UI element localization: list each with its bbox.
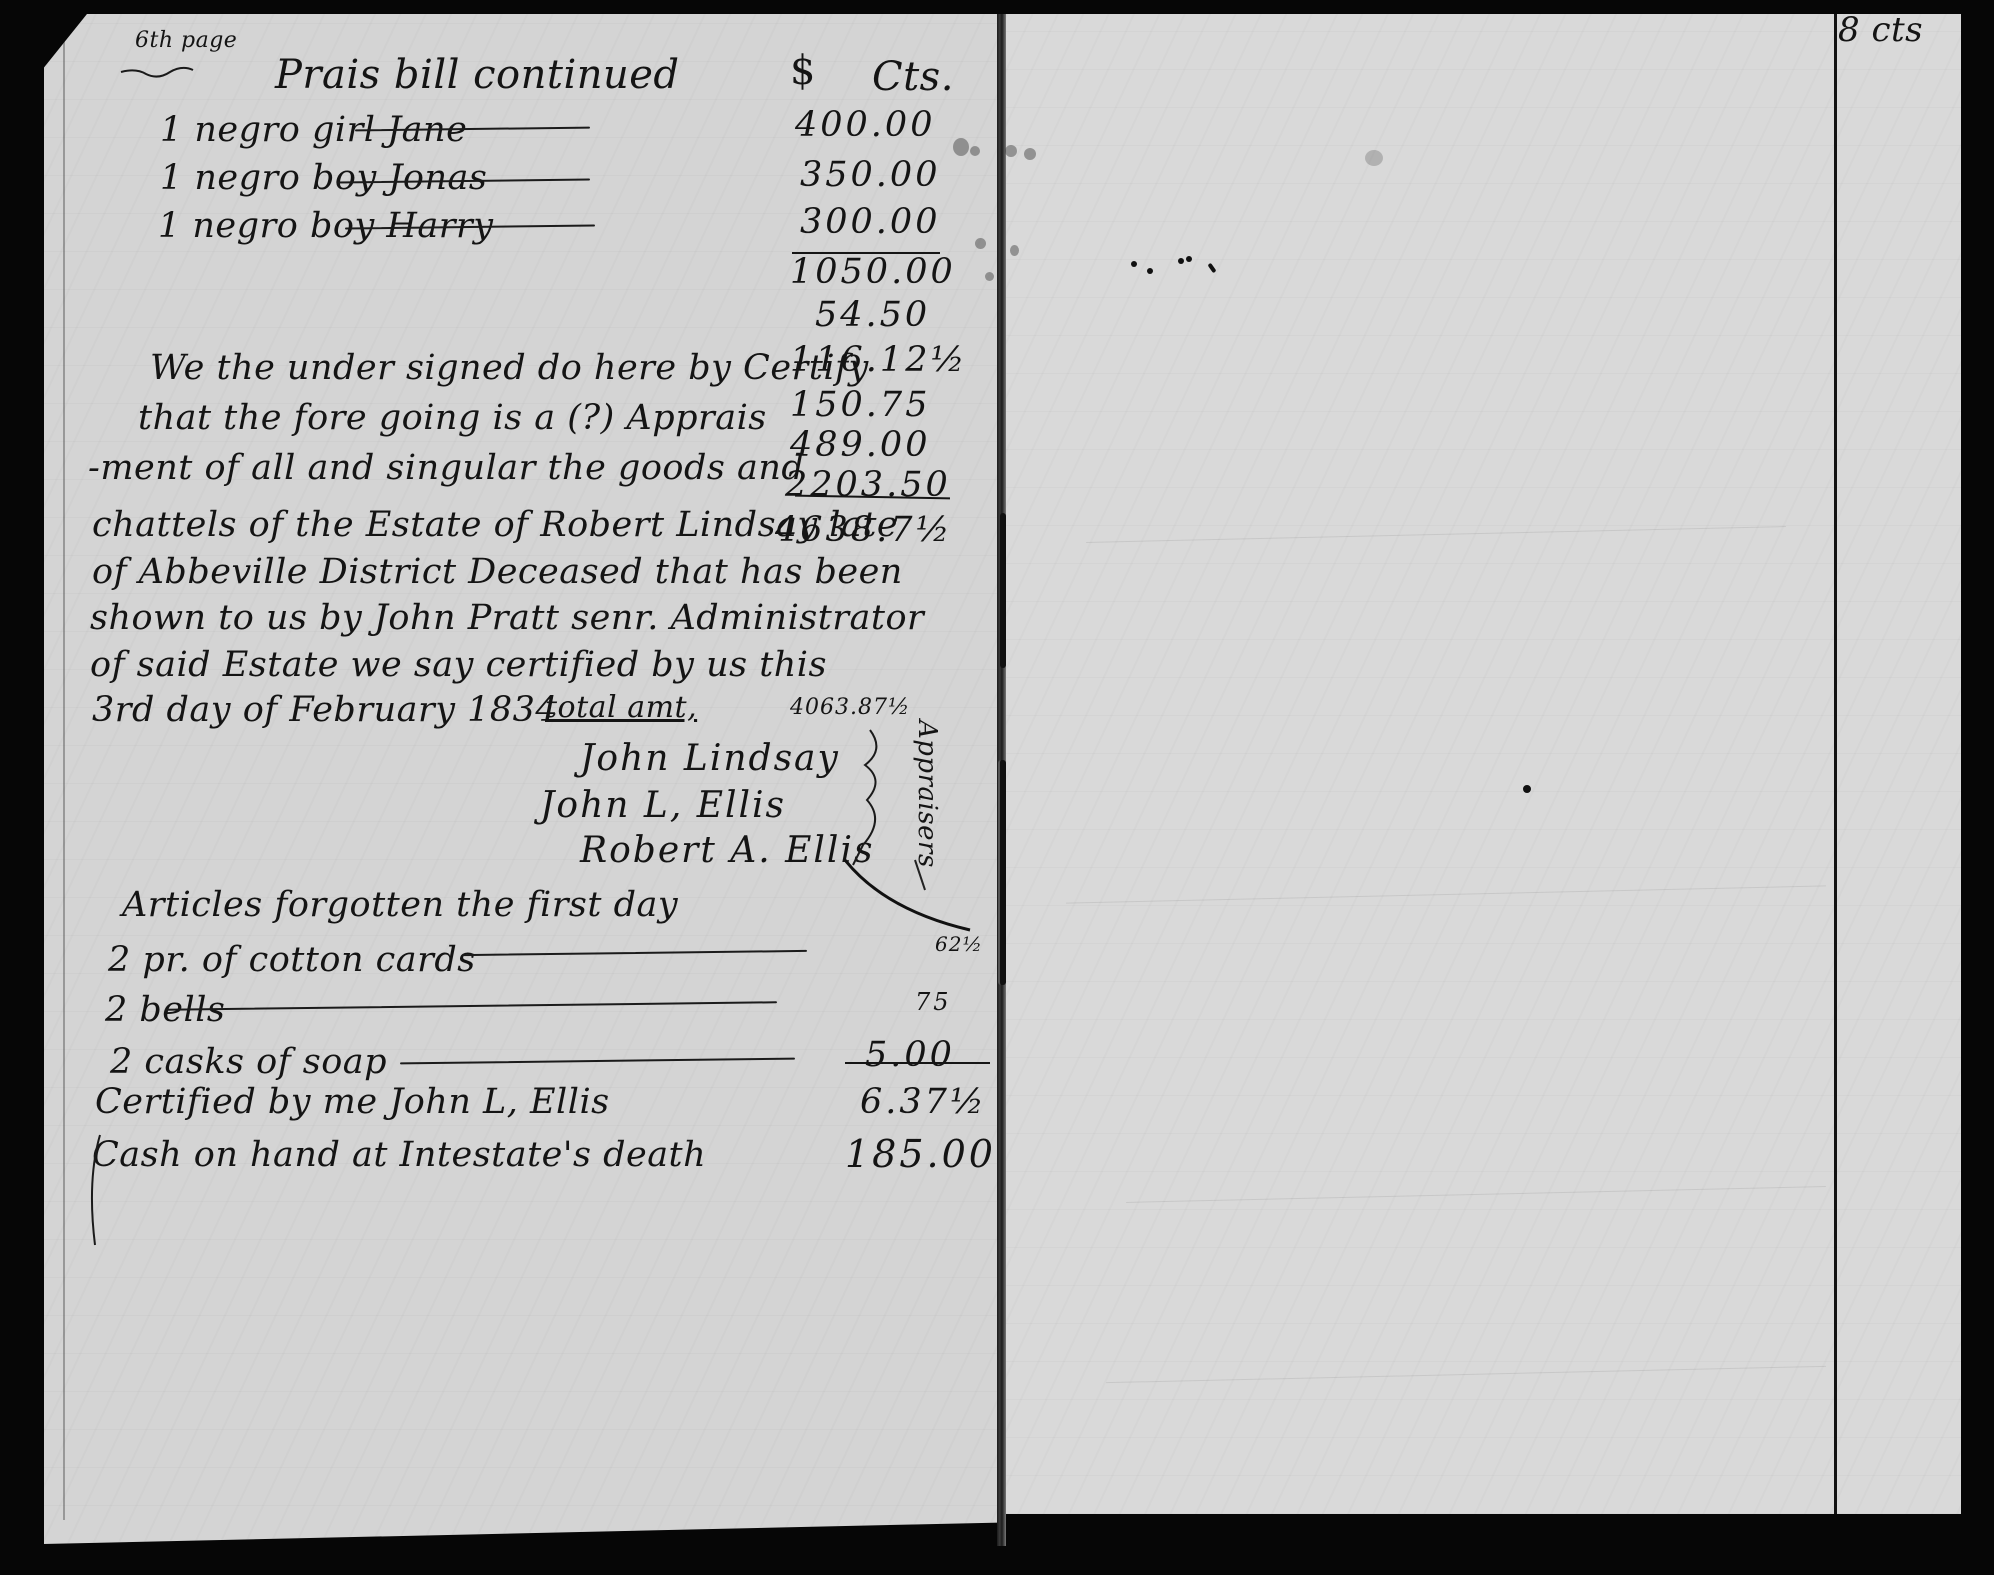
cash-amount: 185.00: [845, 1132, 996, 1176]
bleed-through-text: [95, 1280, 113, 1315]
ink-stain: [985, 272, 994, 281]
page-total: 489.00: [790, 425, 930, 465]
dollars-column-header: $: [790, 48, 816, 94]
margin-rule: [1834, 14, 1837, 1514]
item-description: 1 negro boy Jonas: [160, 158, 487, 198]
total-label: total amt,: [545, 690, 697, 725]
faint-stain: [1365, 150, 1383, 166]
item-amount: 5.00: [865, 1035, 955, 1075]
certification-line: of said Estate we say certified by us th…: [90, 645, 827, 685]
certification-line: We the under signed do here by Certify: [150, 348, 869, 388]
ink-speck: [1186, 256, 1192, 262]
certification-line: that the fore going is a (?) Apprais: [138, 398, 767, 438]
certification-line: -ment of all and singular the goods and: [88, 448, 804, 488]
total-amount: 4063.87½: [790, 695, 910, 720]
cash-line: Cash on hand at Intestate's death: [92, 1135, 706, 1175]
section-heading: Articles forgotten the first day: [122, 885, 678, 925]
ink-stain: [970, 146, 980, 156]
item-amount: 400.00: [795, 105, 935, 145]
faint-ruled-line: [1086, 526, 1786, 543]
subtotal-amount: 1050.00: [790, 252, 956, 292]
item-amount: 62½: [935, 932, 983, 956]
page-heading: Prais bill continued: [275, 52, 680, 98]
ink-speck: [1147, 268, 1153, 274]
page-marker: 6th page: [135, 28, 237, 53]
ink-stain: [1005, 145, 1017, 157]
corner-note: 8 cts: [1838, 10, 1923, 50]
signature: John L, Ellis: [540, 785, 786, 826]
cents-column-header: Cts.: [872, 54, 954, 100]
flourish-icon: [118, 60, 208, 82]
ink-speck: [1131, 261, 1137, 267]
item-amount: 350.00: [800, 155, 940, 195]
page-fold-line: [63, 30, 65, 1520]
certified-line: Certified by me John L, Ellis: [95, 1082, 610, 1122]
signature: Robert A. Ellis: [580, 830, 874, 871]
item-description: 2 casks of soap: [110, 1042, 387, 1082]
binding-thread: [998, 760, 1006, 985]
page-total: 2203.50: [785, 465, 951, 505]
ink-stain: [953, 138, 969, 156]
ink-stain: [1024, 148, 1036, 160]
certification-line: 3rd day of February 1834: [92, 690, 558, 730]
faint-ruled-line: [1126, 1186, 1826, 1203]
page-total: 54.50: [815, 295, 930, 335]
certified-total: 6.37½: [860, 1082, 987, 1122]
sum-rule: [845, 1062, 990, 1064]
faint-ruled-line: [1066, 885, 1826, 903]
ink-speck: [1523, 785, 1531, 793]
certification-line: of Abbeville District Deceased that has …: [92, 552, 903, 592]
signature: John Lindsay: [580, 738, 840, 779]
certification-line: shown to us by John Pratt senr. Administ…: [90, 598, 924, 638]
certification-line: chattels of the Estate of Robert Lindsay…: [92, 505, 898, 545]
ink-stain: [1010, 245, 1019, 256]
item-amount: 300.00: [800, 202, 940, 242]
faint-ruled-line: [1106, 1366, 1826, 1383]
item-description: 2 pr. of cotton cards: [108, 940, 476, 980]
page-total: 150.75: [790, 385, 930, 425]
appraisers-note: Appraisers: [912, 720, 942, 868]
right-page: [1006, 14, 1961, 1514]
margin-stroke-icon: [85, 1130, 105, 1250]
ink-speck: [1178, 258, 1184, 264]
item-amount: 75: [915, 988, 952, 1016]
ink-stain: [975, 238, 986, 249]
